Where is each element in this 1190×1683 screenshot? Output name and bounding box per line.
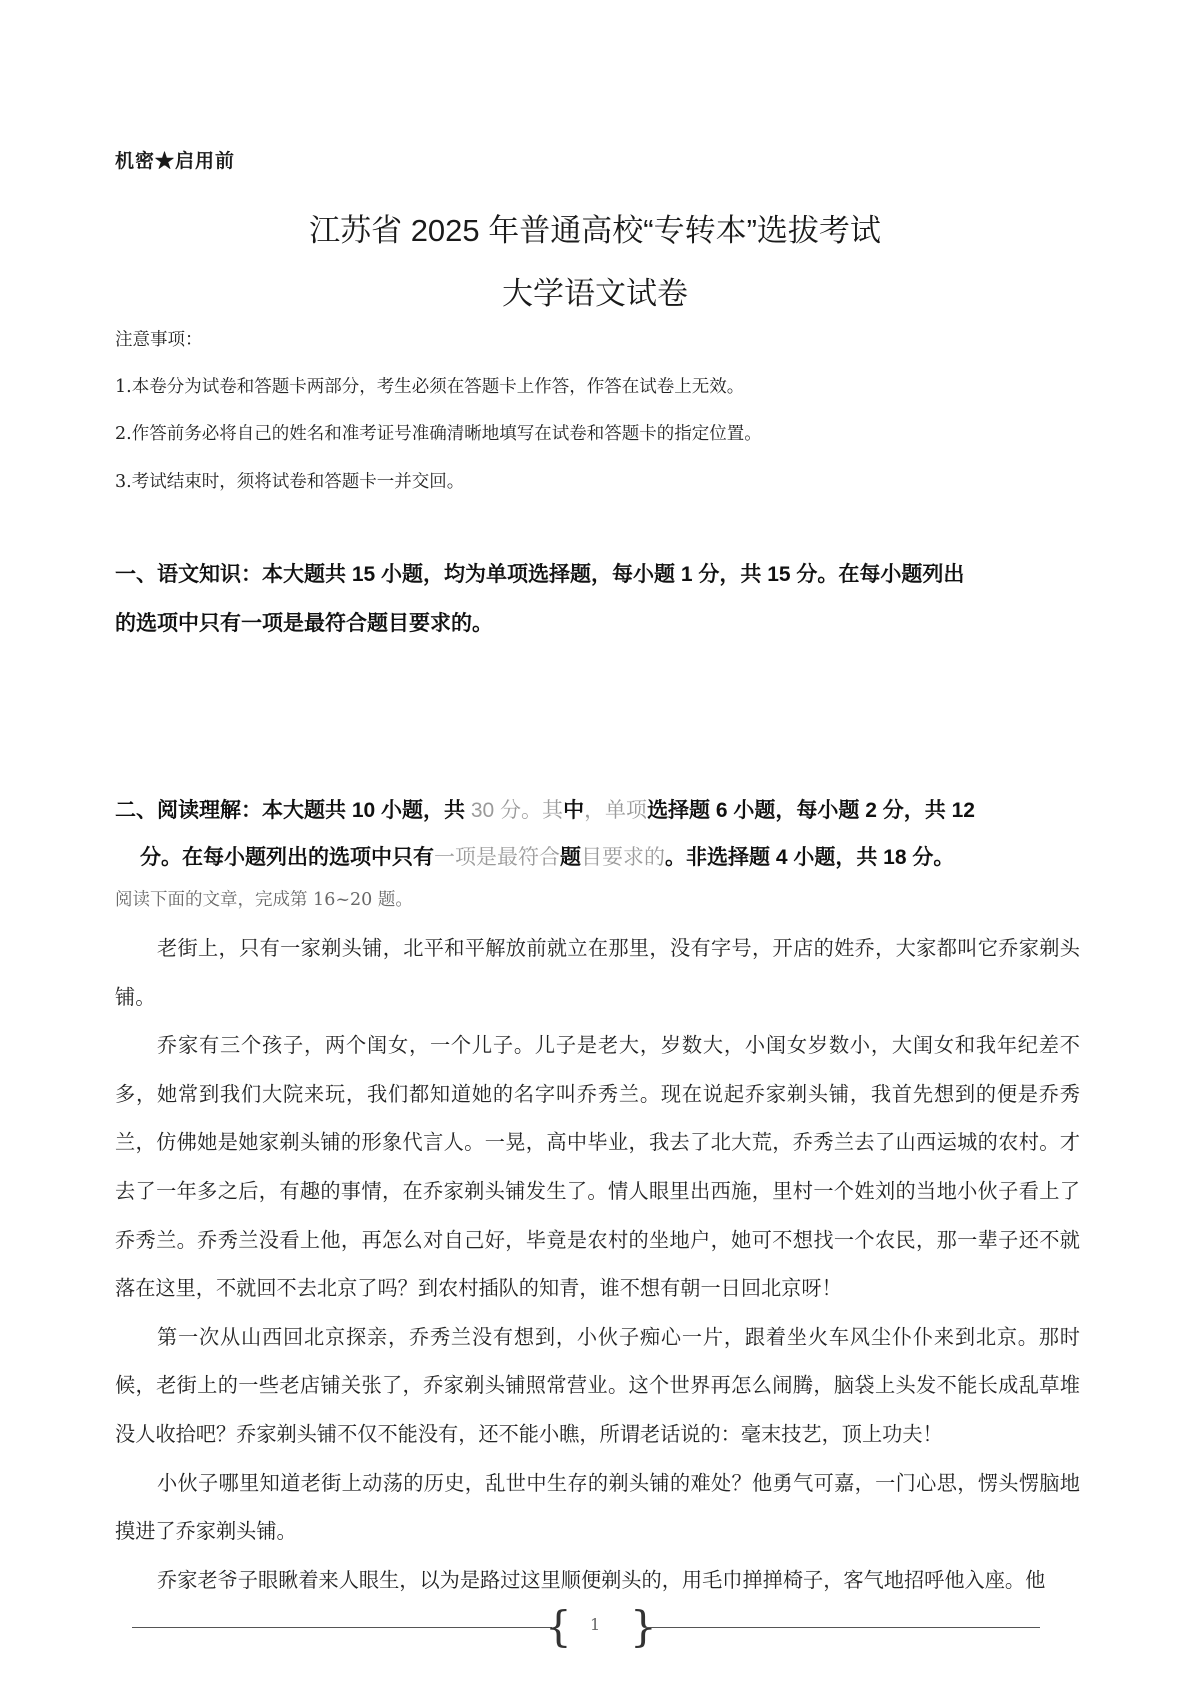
left-brace-icon: { — [545, 1604, 572, 1650]
note-item-2: 2.作答前务必将自己的姓名和准考证号准确清晰地填写在试卷和答题卡的指定位置。 — [115, 420, 762, 445]
section2-heading-line2: 分。在每小题列出的选项中只有一项是最符合题目要求的。非选择题 4 小题，共 18… — [140, 841, 954, 871]
section2-text-faded: ，单项 — [584, 799, 647, 822]
passage-paragraph: 小伙子哪里知道老街上动荡的历史，乱世中生存的剃头铺的难处？他勇气可嘉，一门心思，… — [115, 1459, 1080, 1556]
section2-text: 题 — [560, 846, 581, 869]
page-number: 1 — [590, 1615, 600, 1634]
section2-text-faded: 30 分。其 — [465, 799, 563, 822]
passage-paragraph: 第一次从山西回北京探亲，乔秀兰没有想到，小伙子痴心一片，跟着坐火车风尘仆仆来到北… — [115, 1313, 1080, 1459]
passage: 老街上，只有一家剃头铺，北平和平解放前就立在那里，没有字号，开店的姓乔，大家都叫… — [115, 924, 1080, 1604]
notes-heading: 注意事项： — [115, 326, 203, 351]
section2-text: 二、阅读理解：本大题共 10 小题，共 — [115, 799, 465, 822]
section2-text: 选择题 6 小题，每小题 2 分，共 12 — [647, 799, 975, 822]
section2-text: 中 — [563, 799, 584, 822]
footer-divider-right — [644, 1627, 1040, 1628]
reading-instruction: 阅读下面的文章，完成第 16~20 题。 — [115, 886, 413, 911]
note-item-1: 1.本卷分为试卷和答题卡两部分，考生必须在答题卡上作答，作答在试卷上无效。 — [115, 373, 744, 398]
footer-divider-left — [132, 1627, 552, 1628]
page-title: 江苏省 2025 年普通高校“专转本”选拔考试 — [0, 205, 1190, 250]
section2-text-faded: 目要求的 — [581, 846, 665, 869]
passage-paragraph: 乔家老爷子眼瞅着来人眼生，以为是路过这里顺便剃头的，用毛巾掸掸椅子，客气地招呼他… — [115, 1556, 1080, 1605]
section1-heading-line2: 的选项中只有一项是最符合题目要求的。 — [115, 607, 493, 637]
section2-heading-line1: 二、阅读理解：本大题共 10 小题，共 30 分。其中，单项选择题 6 小题，每… — [115, 794, 975, 824]
section2-text: 。非选择题 4 小题，共 18 分。 — [665, 846, 954, 869]
section1-heading-line1: 一、语文知识：本大题共 15 小题，均为单项选择题，每小题 1 分，共 15 分… — [115, 558, 964, 588]
passage-paragraph: 老街上，只有一家剃头铺，北平和平解放前就立在那里，没有字号，开店的姓乔，大家都叫… — [115, 924, 1080, 1021]
page-subtitle: 大学语文试卷 — [0, 268, 1190, 313]
confidential-label: 机密★启用前 — [115, 146, 235, 173]
passage-paragraph: 乔家有三个孩子，两个闺女，一个儿子。儿子是老大，岁数大，小闺女岁数小，大闺女和我… — [115, 1021, 1080, 1313]
note-item-3: 3.考试结束时，须将试卷和答题卡一并交回。 — [115, 468, 464, 493]
section2-text: 分。在每小题列出的选项中只有 — [140, 846, 434, 869]
section2-text-faded: 一项是最符合 — [434, 846, 560, 869]
